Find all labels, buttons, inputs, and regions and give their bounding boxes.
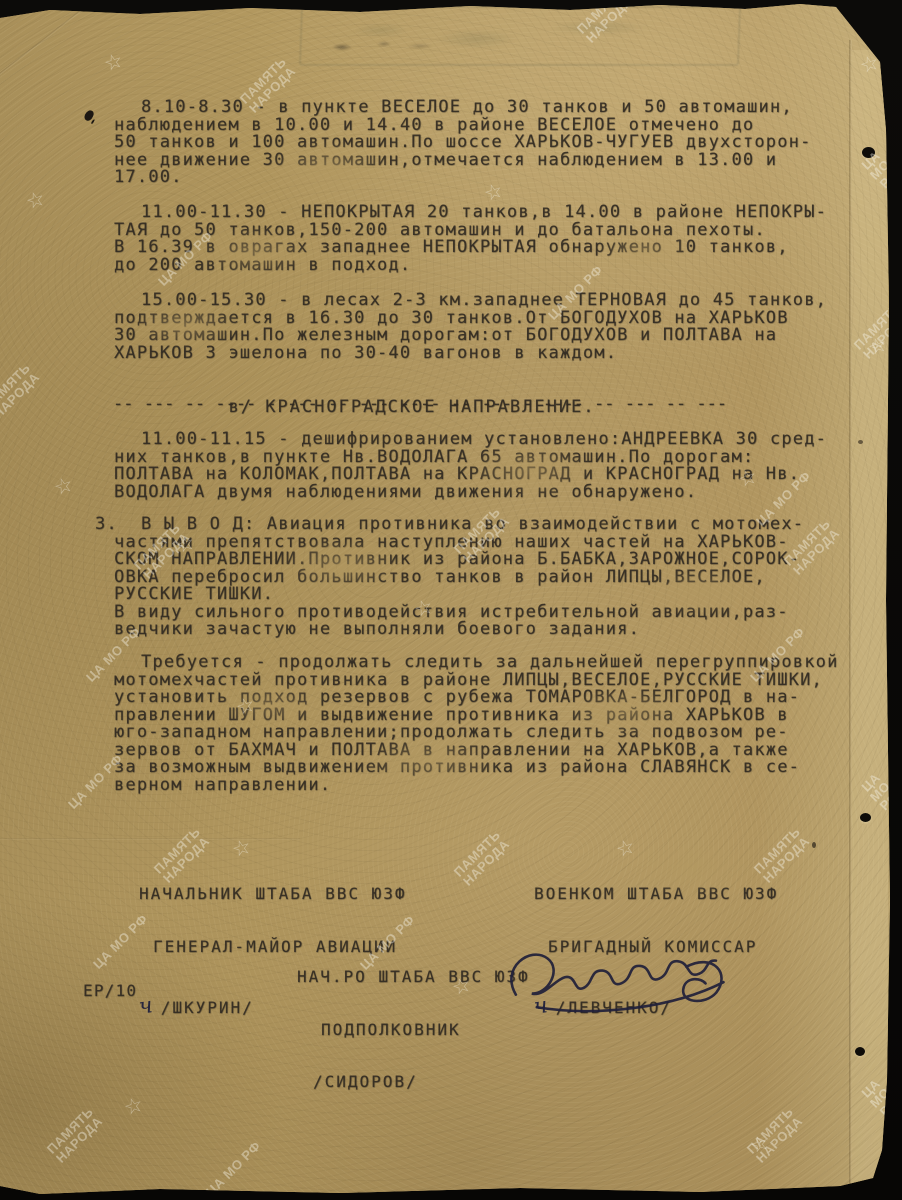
text-line: ВОДОЛАГА двумя наблюдениями движения не … <box>114 484 827 502</box>
paragraph-ternovaya: 15.00-15.30 - в лесах 2-3 км.западнее ТЕ… <box>114 292 827 362</box>
text-line: юго-западном направлении;продолжать след… <box>114 724 839 742</box>
text-line: верном направлении. <box>114 777 839 795</box>
paragraph-conclusion: В Ы В О Д: Авиация противника во взаимод… <box>114 516 804 639</box>
paragraph-deshifrirovanie: 11.00-11.15 - дешифрированием установлен… <box>114 431 827 501</box>
scanned-document-page: 8.10-8.30 - в пункте ВЕСЕЛОЕ до 30 танко… <box>0 0 902 1200</box>
text-line: за возможным выдвижением противника из р… <box>114 759 839 777</box>
text-line: ПОЛТАВА на КОЛОМАК,ПОЛТАВА на КРАСНОГРАД… <box>114 466 827 484</box>
signature-name: /ШКУРИН/ <box>161 998 254 1017</box>
text-line: 15.00-15.30 - в лесах 2-3 км.западнее ТЕ… <box>114 292 827 310</box>
signature-name: /СИДОРОВ/ <box>297 1073 530 1091</box>
text-line: 11.00-11.30 - НЕПОКРЫТАЯ 20 танков,в 14.… <box>114 204 827 222</box>
signature-title: НАЧАЛЬНИК ШТАБА ВВС ЮЗФ <box>139 885 407 903</box>
paragraph-nepokrytaya: 11.00-11.30 - НЕПОКРЫТАЯ 20 танков,в 14.… <box>114 204 827 274</box>
punch-hole <box>860 813 871 822</box>
text-line: 30 автомашин.По железным дорогам:от БОГО… <box>114 327 827 345</box>
section-heading-underline: -- --- -- ---- - --- -- --- ---- -- --- … <box>113 396 727 414</box>
paper-speck <box>858 440 863 444</box>
text-line: ХАРЬКОВ 3 эшелона по 30-40 вагонов в каж… <box>114 345 827 363</box>
text-line: В 16.39 в оврагах западнее НЕПОКРЫТАЯ об… <box>114 239 827 257</box>
text-line: 17.00. <box>114 169 812 187</box>
text-line: 50 танков и 100 автомашин.По шоссе ХАРЬК… <box>114 134 812 152</box>
punch-hole <box>855 1047 865 1056</box>
paragraph-veseloe: 8.10-8.30 - в пункте ВЕСЕЛОЕ до 30 танко… <box>114 99 812 187</box>
text-line: СКОМ НАПРАВЛЕНИИ.Противник из района Б.Б… <box>114 551 804 569</box>
text-line: 11.00-11.15 - дешифрированием установлен… <box>114 431 827 449</box>
sidorov-handwritten-signature-icon <box>482 915 739 1042</box>
text-line: установить подход резервов с рубежа ТОМА… <box>114 689 839 707</box>
signature-title: ВОЕНКОМ ШТАБА ВВС ЮЗФ <box>534 885 778 903</box>
handwritten-mark: ч <box>138 997 154 1016</box>
typewritten-text: 8.10-8.30 - в пункте ВЕСЕЛОЕ до 30 танко… <box>0 0 902 1200</box>
text-line: Требуется - продолжать следить за дальне… <box>114 654 839 672</box>
text-line: РУССКИЕ ТИШКИ. <box>114 586 804 604</box>
text-line: ведчики зачастую не выполняли боевого за… <box>114 621 804 639</box>
paper-sheet: 8.10-8.30 - в пункте ВЕСЕЛОЕ до 30 танко… <box>0 0 902 1200</box>
text-line: 8.10-8.30 - в пункте ВЕСЕЛОЕ до 30 танко… <box>114 99 812 117</box>
clerk-note: ЕР/10 <box>83 982 137 1000</box>
text-line: до 200 автомашин в подход. <box>114 257 827 275</box>
text-line: нее движение 30 автомашин,отмечается наб… <box>114 152 812 170</box>
paragraph-tasking: Требуется - продолжать следить за дальне… <box>114 654 839 794</box>
paper-speck <box>812 842 816 848</box>
punch-hole <box>862 147 875 158</box>
text-line: В Ы В О Д: Авиация противника во взаимод… <box>114 516 804 534</box>
